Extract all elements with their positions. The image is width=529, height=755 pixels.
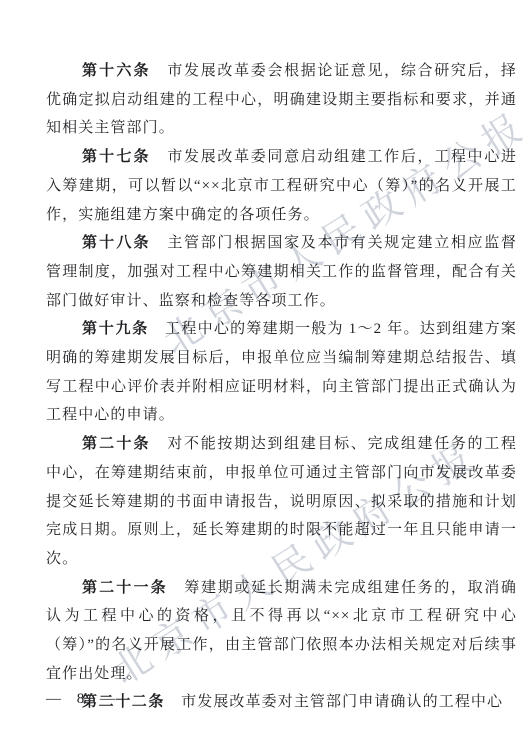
- article-paragraph: 第十七条 市发展改革委同意启动组建工作后，工程中心进入筹建期，可以暂以“××北京…: [46, 143, 517, 229]
- article-number: 第十八条: [82, 234, 151, 251]
- article-paragraph: 第二十条 对不能按期达到组建目标、完成组建任务的工程中心，在筹建期结束前，申报单…: [46, 430, 517, 574]
- gazette-page: { "page": { "background_color": "#ffffff…: [0, 0, 529, 755]
- article-paragraph: 第十八条 主管部门根据国家及本市有关规定建立相应监督管理制度，加强对工程中心筹建…: [46, 229, 517, 315]
- article-text: 对不能按期达到组建目标、完成组建任务的工程中心，在筹建期结束前，申报单位可通过主…: [46, 436, 517, 567]
- article-number: 第二十条: [82, 435, 151, 452]
- page-number: — 8 —: [46, 691, 121, 708]
- article-text: 市发展改革委对主管部门申请确认的工程中心: [165, 694, 503, 710]
- article-number: 第十六条: [82, 62, 151, 79]
- article-number: 第十九条: [82, 320, 149, 337]
- article-paragraph: 第十六条 市发展改革委会根据论证意见，综合研究后，择优确定拟启动组建的工程中心，…: [46, 57, 517, 143]
- document-body: 第十六条 市发展改革委会根据论证意见，综合研究后，择优确定拟启动组建的工程中心，…: [46, 57, 517, 717]
- article-number: 第二十一条: [82, 579, 168, 596]
- article-number: 第十七条: [82, 148, 151, 165]
- article-paragraph: 第二十一条 筹建期或延长期满未完成组建任务的，取消确认为工程中心的资格，且不得再…: [46, 574, 517, 689]
- article-paragraph: 第十九条 工程中心的筹建期一般为 1～2 年。达到组建方案明确的筹建期发展目标后…: [46, 315, 517, 430]
